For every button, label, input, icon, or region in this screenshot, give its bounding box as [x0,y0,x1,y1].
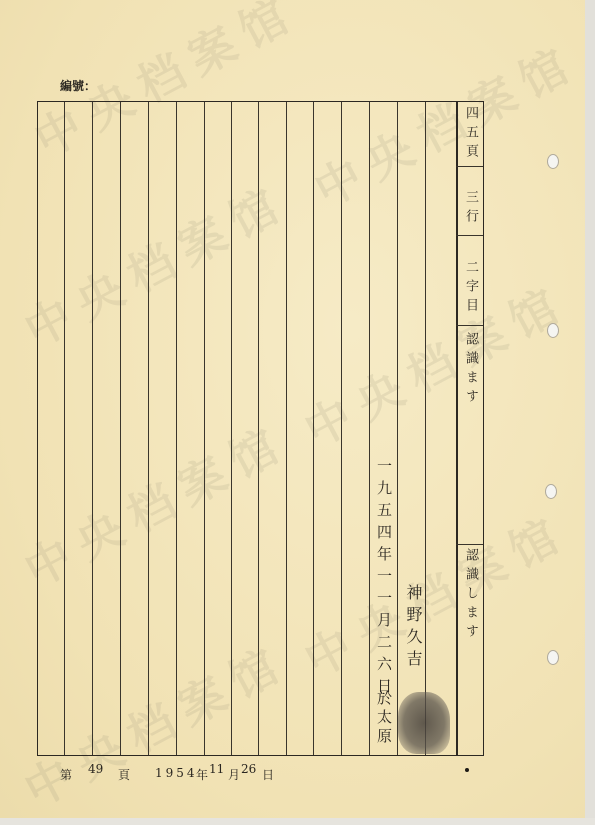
punch-hole [547,323,559,338]
footer-day: 26 [241,762,256,776]
correction-original: 認識ます [461,332,480,408]
footer-page-prefix: 第 [60,766,72,783]
correction-page: 四五頁 [461,106,480,163]
signature-location: 於太原 [374,690,395,747]
footer-day-char: 日 [262,766,274,783]
footer-month-char: 月 [228,766,240,783]
scan-edge [0,818,595,825]
fingerprint-seal [398,692,450,754]
correction-line: 三行 [461,190,480,228]
punch-hole [547,650,559,665]
signature-date: 一九五四年一一月二六日 [374,458,395,700]
punch-hole [545,484,557,499]
punch-hole [547,154,559,169]
footer-page-number: 49 [88,762,103,776]
scan-edge [585,0,595,825]
correction-revised: 認識します [461,548,480,643]
document-page: 中央档案馆 中央档案馆 中央档案馆 中央档案馆 中央档案馆 中央档案馆 中央档案… [0,0,585,818]
footer-year: 1954 [155,766,198,780]
serial-number-label: 編號： [60,77,96,94]
footer-year-char: 年 [196,766,208,783]
correction-char-position: 二字目 [461,260,480,317]
ink-dot [465,768,469,772]
footer-page-suffix: 頁 [118,766,130,783]
footer-month: 11 [209,762,224,776]
signer-name: 神野久吉 [402,584,425,672]
